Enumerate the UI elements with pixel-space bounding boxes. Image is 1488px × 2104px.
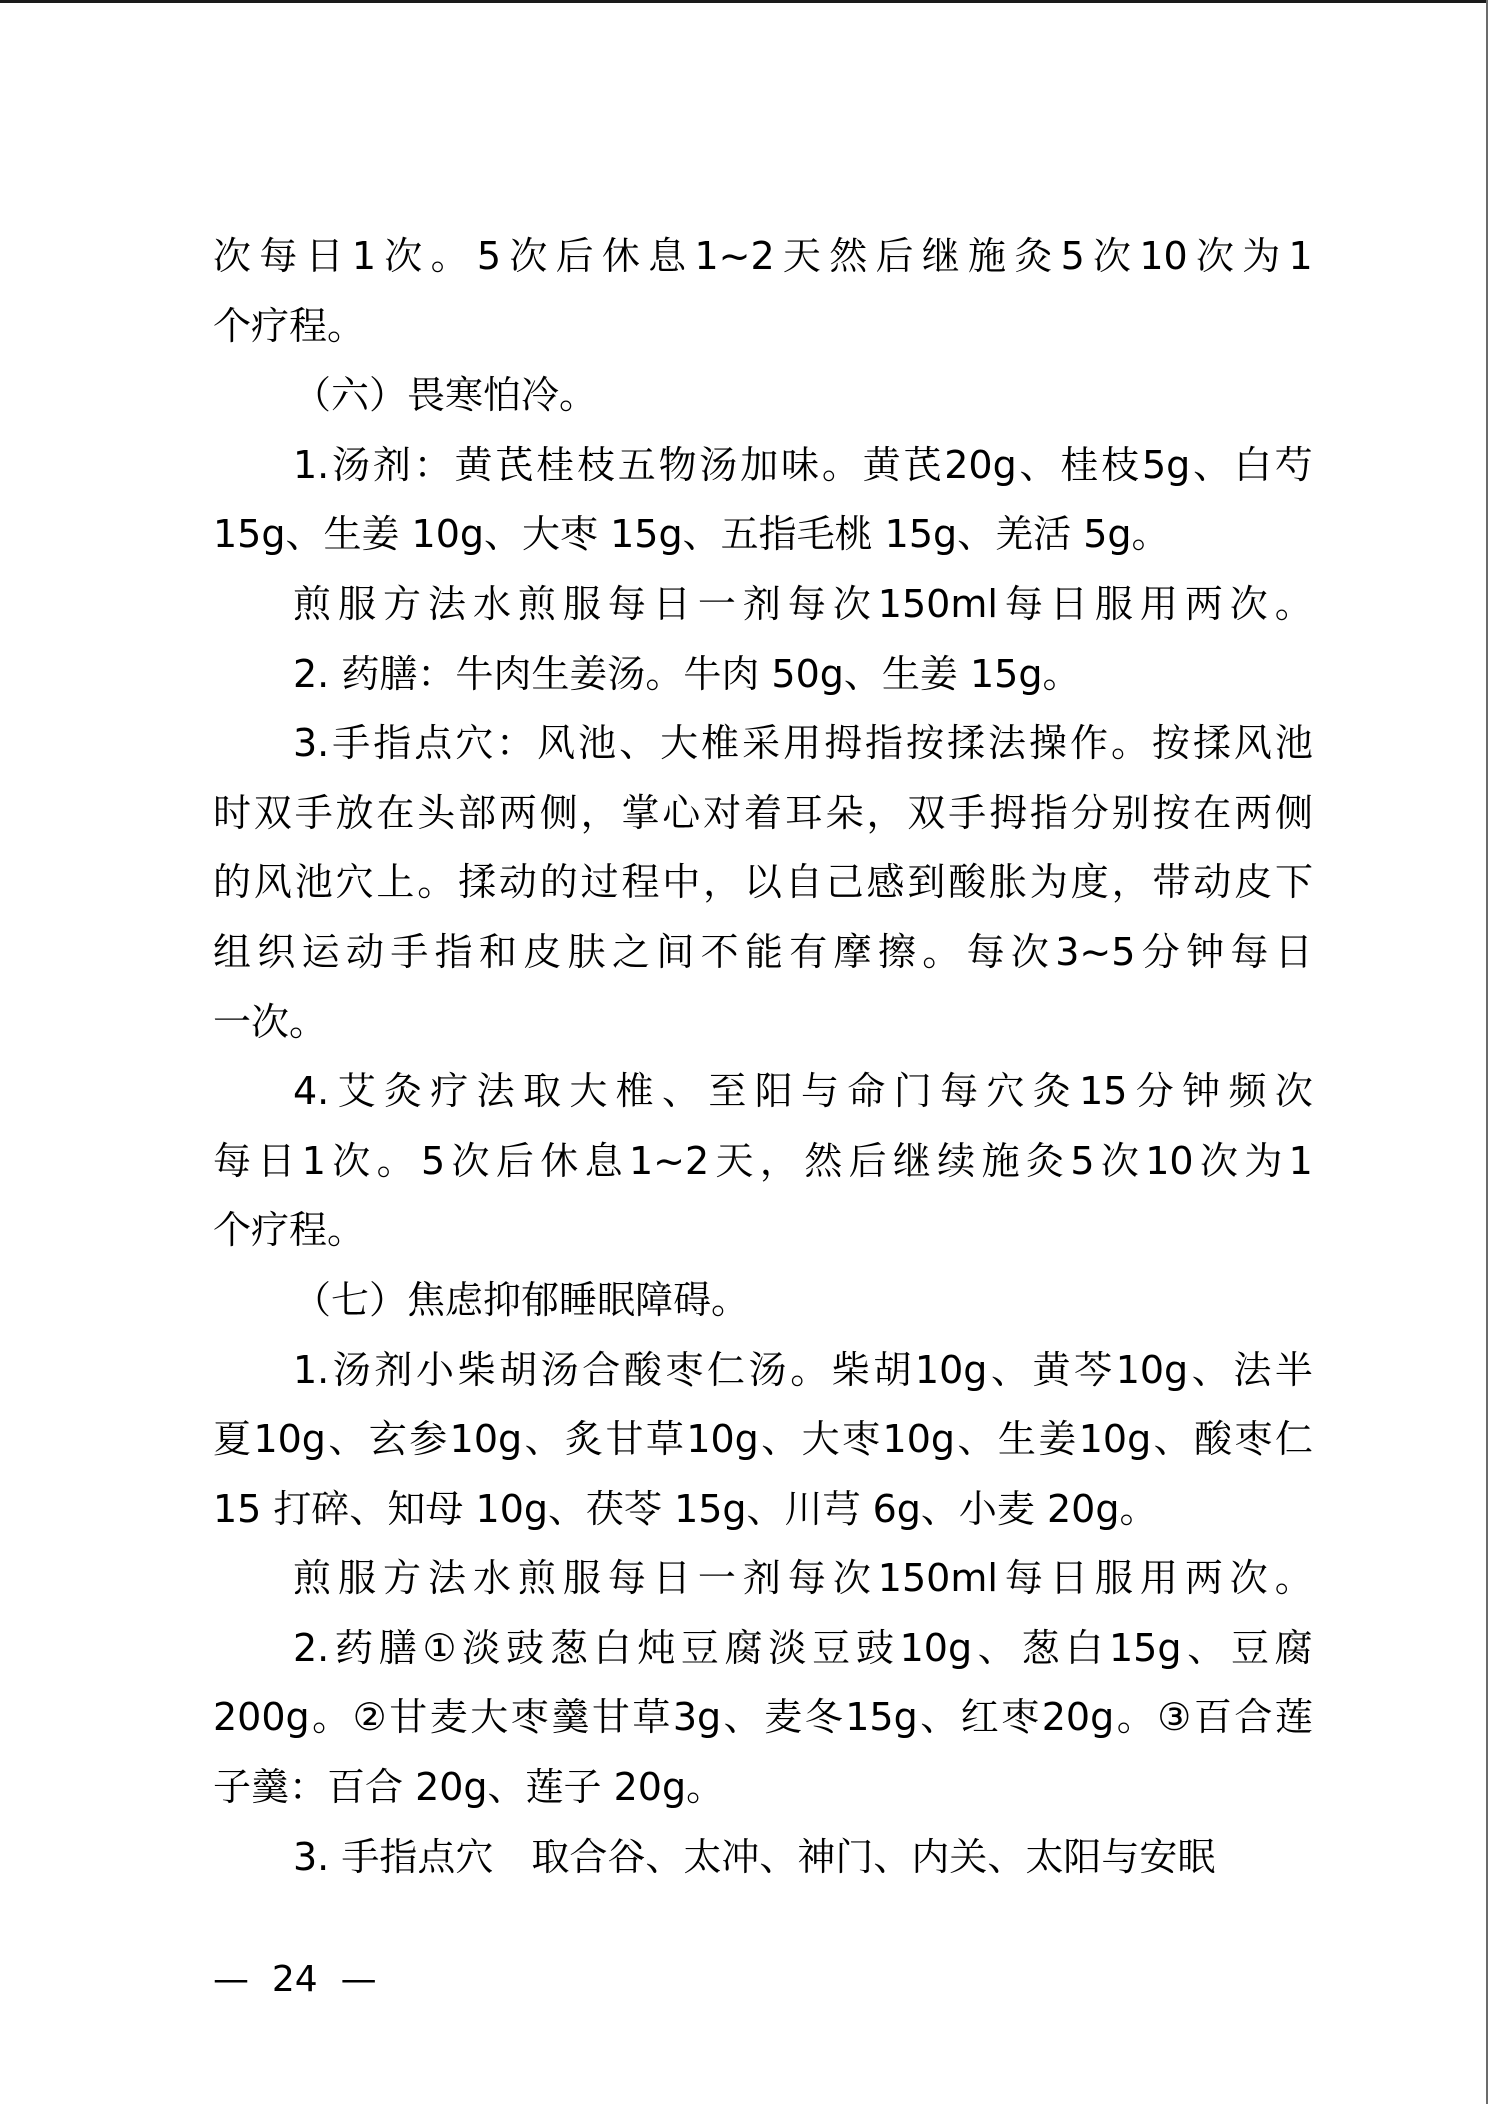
text-segment: 枣: [842, 1405, 880, 1475]
text-segment: 胡: [499, 1336, 537, 1406]
text-segment: 1: [1289, 222, 1313, 292]
text-segment: ，: [760, 1127, 798, 1197]
text-segment: 10: [1145, 1127, 1193, 1197]
text-segment: 合: [582, 1336, 620, 1406]
text-segment: 、: [920, 1683, 958, 1753]
text-segment: 次: [332, 1127, 370, 1197]
text-segment: 别: [1112, 779, 1150, 849]
text-segment: 10g: [915, 1336, 987, 1406]
text-segment: 柴: [832, 1336, 870, 1406]
text-segment: 日: [1050, 1544, 1088, 1614]
text-segment: 柴: [458, 1336, 496, 1406]
text-segment: 仁: [1275, 1405, 1313, 1475]
text-segment: 拇: [824, 709, 862, 779]
text-segment: 一: [698, 1544, 736, 1614]
text-segment: 每: [608, 1544, 646, 1614]
text-segment: 过: [581, 848, 619, 918]
text-segment: 风: [1234, 709, 1272, 779]
text-segment: 5: [1061, 222, 1085, 292]
text-segment: 煎: [293, 570, 331, 640]
text-segment: 动: [1193, 848, 1231, 918]
text-line: 时双手放在头部两侧，掌心对着耳朵，双手拇指分别按在两侧: [213, 779, 1313, 849]
text-segment: 麦: [764, 1683, 802, 1753]
text-segment: 时: [213, 779, 251, 849]
text-segment: 次: [213, 222, 251, 292]
text-line: 次每日1次。5次后休息1~2天然后继施灸5次10次为1: [213, 222, 1313, 292]
text-segment: 、: [978, 1614, 1016, 1684]
text-segment: 次: [452, 1127, 490, 1197]
text-segment: 1.: [293, 1336, 329, 1406]
text-segment: 、: [328, 1405, 366, 1475]
text-segment: ，: [1112, 848, 1150, 918]
text-segment: 带: [1152, 848, 1190, 918]
text-line: 15 打碎、知母 10g、茯苓 15g、川芎 6g、小麦 20g。: [213, 1475, 1313, 1545]
text-segment: 每: [940, 1057, 978, 1127]
text-segment: 。: [377, 1127, 415, 1197]
text-segment: 20g: [944, 431, 1016, 501]
text-segment: 法: [477, 1057, 515, 1127]
text-segment: 每: [967, 918, 1005, 988]
page-number: — 24 —: [213, 1955, 377, 2005]
text-segment: 次: [1101, 1127, 1139, 1197]
text-segment: ③: [1157, 1683, 1191, 1753]
text-segment: 、: [1020, 431, 1058, 501]
text-segment: 姜: [1038, 1405, 1076, 1475]
text-segment: 15g: [1109, 1614, 1181, 1684]
text-line: 1.汤剂小柴胡汤合酸枣仁汤。柴胡10g、黄芩10g、法半: [213, 1336, 1313, 1406]
text-segment: 汤: [332, 431, 370, 501]
text-segment: 两: [1185, 1544, 1223, 1614]
text-segment: 200g: [213, 1683, 310, 1753]
text-segment: 日: [653, 1544, 691, 1614]
text-segment: 汤: [749, 1336, 787, 1406]
text-segment: 。: [790, 1336, 828, 1406]
text-segment: 日: [257, 1127, 295, 1197]
text-segment: 10g: [450, 1405, 522, 1475]
text-segment: 腐: [1275, 1614, 1313, 1684]
text-segment: ，: [581, 779, 619, 849]
text-line: 夏10g、玄参10g、炙甘草10g、大枣10g、生姜10g、酸枣仁: [213, 1405, 1313, 1475]
text-segment: 着: [744, 779, 782, 849]
text-segment: 以: [744, 848, 782, 918]
text-segment: 揉: [1193, 709, 1231, 779]
text-segment: 服: [1095, 570, 1133, 640]
text-segment: 夏: [213, 1405, 251, 1475]
text-segment: 到: [907, 848, 945, 918]
text-segment: 和: [479, 918, 517, 988]
text-segment: 麦: [430, 1683, 468, 1753]
text-segment: 钟: [1182, 1057, 1220, 1127]
text-segment: 大: [802, 1405, 840, 1475]
text-segment: 10g: [1079, 1405, 1151, 1475]
text-segment: 150ml: [878, 1544, 998, 1614]
text-segment: 汤: [541, 1336, 579, 1406]
text-segment: 日: [1275, 918, 1313, 988]
text-line: 4.艾灸疗法取大椎、至阳与命门每穴灸15分钟频次: [213, 1057, 1313, 1127]
text-segment: 桂: [1060, 431, 1098, 501]
text-segment: 3~5: [1055, 918, 1135, 988]
text-segment: 对: [703, 779, 741, 849]
text-segment: 枣: [1001, 1683, 1039, 1753]
text-segment: 、: [1193, 431, 1231, 501]
text-segment: 次: [1230, 570, 1268, 640]
text-segment: 法: [988, 709, 1026, 779]
text-line: 组织运动手指和皮肤之间不能有摩擦。每次3~5分钟每日: [213, 918, 1313, 988]
text-segment: 自: [785, 848, 823, 918]
text-segment: 两: [1185, 570, 1223, 640]
text-segment: 组: [213, 918, 251, 988]
text-segment: 膳: [379, 1614, 417, 1684]
text-line: 3. 手指点穴 取合谷、太冲、神门、内关、太阳与安眠: [213, 1823, 1313, 1893]
text-segment: 1: [1289, 1127, 1313, 1197]
text-segment: 10g: [686, 1405, 758, 1475]
text-segment: 后: [875, 222, 913, 292]
text-segment: 灸: [384, 1057, 422, 1127]
document-body: 次每日1次。5次后休息1~2天然后继施灸5次10次为1个疗程。（六）畏寒怕冷。1…: [213, 222, 1313, 1892]
text-segment: 休: [540, 1127, 578, 1197]
text-segment: 个疗程。: [213, 304, 365, 348]
text-segment: 采: [742, 709, 780, 779]
text-segment: 放: [336, 779, 374, 849]
text-segment: 。: [1275, 570, 1313, 640]
text-segment: 作: [1070, 709, 1108, 779]
text-line: 1.汤剂：黄芪桂枝五物汤加味。黄芪20g、桂枝5g、白芍: [213, 431, 1313, 501]
text-segment: 用: [783, 709, 821, 779]
text-segment: 3.: [293, 709, 329, 779]
text-segment: 风: [537, 709, 575, 779]
text-segment: 一: [698, 570, 736, 640]
text-segment: 每: [1005, 1544, 1043, 1614]
text-segment: 服: [1095, 1544, 1133, 1614]
text-segment: 服: [338, 1544, 376, 1614]
text-segment: 炖: [637, 1614, 675, 1684]
text-segment: 次: [1011, 918, 1049, 988]
text-segment: 大: [470, 1683, 508, 1753]
text-segment: 穴: [455, 709, 493, 779]
text-line: 煎服方法水煎服每日一剂每次150ml每日服用两次。: [213, 1544, 1313, 1614]
text-segment: 门: [894, 1057, 932, 1127]
text-segment: 参: [409, 1405, 447, 1475]
text-segment: 钟: [1186, 918, 1224, 988]
text-segment: 心: [662, 779, 700, 849]
text-segment: 豆: [681, 1614, 719, 1684]
text-segment: 按: [1152, 779, 1190, 849]
text-line: 2. 药膳：牛肉生姜汤。牛肉 50g、生姜 15g。: [213, 640, 1313, 710]
text-segment: 、: [1192, 1336, 1230, 1406]
text-segment: 分: [1142, 918, 1180, 988]
text-segment: 枝: [1101, 431, 1139, 501]
text-segment: 日: [653, 570, 691, 640]
text-segment: 穴: [986, 1057, 1024, 1127]
text-segment: 1.: [293, 431, 329, 501]
text-segment: ，: [867, 779, 905, 849]
text-segment: 个疗程。: [213, 1208, 365, 1252]
text-segment: 15g、生姜 10g、大枣 15g、五指毛桃 15g、羌活 5g。: [213, 512, 1170, 556]
text-segment: 服: [338, 570, 376, 640]
text-segment: 每: [608, 570, 646, 640]
text-segment: 豉: [856, 1614, 894, 1684]
text-segment: 次: [833, 570, 871, 640]
text-segment: 在: [376, 779, 414, 849]
text-segment: 1~2: [629, 1127, 709, 1197]
text-segment: 肤: [568, 918, 606, 988]
text-segment: 能: [745, 918, 783, 988]
text-segment: 感: [867, 848, 905, 918]
text-segment: 手: [332, 709, 370, 779]
text-segment: 摩: [834, 918, 872, 988]
text-segment: 枣: [511, 1683, 549, 1753]
text-segment: 下: [1275, 848, 1313, 918]
text-segment: 次: [509, 222, 547, 292]
text-segment: 葱: [550, 1614, 588, 1684]
text-line: 子羹：百合 20g、莲子 20g。: [213, 1753, 1313, 1823]
text-segment: 阳: [755, 1057, 793, 1127]
text-segment: 3. 手指点穴 取合谷、太冲、神门、内关、太阳与安眠: [293, 1835, 1215, 1879]
text-segment: 施: [968, 222, 1006, 292]
text-segment: 次: [384, 222, 422, 292]
text-segment: 每: [259, 222, 297, 292]
text-segment: 芍: [1275, 431, 1313, 501]
text-segment: 天: [715, 1127, 753, 1197]
text-segment: 每: [788, 570, 826, 640]
text-segment: 后: [556, 222, 594, 292]
text-segment: 疗: [430, 1057, 468, 1127]
text-segment: 风: [254, 848, 292, 918]
text-segment: 擦: [878, 918, 916, 988]
text-segment: 1: [352, 222, 376, 292]
text-segment: 。: [431, 222, 469, 292]
text-segment: 药: [335, 1614, 373, 1684]
text-segment: 织: [257, 918, 295, 988]
text-segment: 酸: [624, 1336, 662, 1406]
text-segment: 次: [1275, 1057, 1313, 1127]
text-segment: 在: [1193, 779, 1231, 849]
text-line: 个疗程。: [213, 292, 1313, 362]
text-segment: 手: [390, 918, 428, 988]
text-segment: 黄: [1033, 1336, 1071, 1406]
text-segment: 150ml: [878, 570, 998, 640]
text-segment: 、: [619, 709, 657, 779]
text-segment: 淡: [462, 1614, 500, 1684]
text-segment: 为: [1030, 848, 1068, 918]
text-segment: 双: [254, 779, 292, 849]
text-segment: 命: [847, 1057, 885, 1127]
text-segment: 皮: [1234, 848, 1272, 918]
text-line: 每日1次。5次后休息1~2天，然后继续施灸5次10次为1: [213, 1127, 1313, 1197]
text-segment: 芪: [903, 431, 941, 501]
text-segment: 枣: [1235, 1405, 1273, 1475]
text-segment: 胀: [989, 848, 1027, 918]
text-segment: 灸: [1014, 222, 1052, 292]
text-segment: 甘: [389, 1683, 427, 1753]
text-segment: 皮: [523, 918, 561, 988]
text-segment: 10g: [1116, 1336, 1188, 1406]
text-segment: 枣: [665, 1336, 703, 1406]
text-segment: 1: [302, 1127, 326, 1197]
text-segment: 灸: [1033, 1057, 1071, 1127]
text-segment: 揉: [458, 848, 496, 918]
text-segment: 炙: [565, 1405, 603, 1475]
text-segment: 每: [213, 1127, 251, 1197]
text-segment: 池: [1275, 709, 1313, 779]
text-segment: 度: [1071, 848, 1109, 918]
text-segment: 子羹：百合 20g、莲子 20g。: [213, 1765, 724, 1809]
text-segment: 上: [376, 848, 414, 918]
text-segment: 每: [788, 1544, 826, 1614]
text-segment: 续: [937, 1127, 975, 1197]
text-segment: 芪: [495, 431, 533, 501]
text-segment: 用: [1140, 570, 1178, 640]
text-segment: 15: [1079, 1057, 1127, 1127]
text-segment: 大: [569, 1057, 607, 1127]
text-segment: 白: [1234, 431, 1272, 501]
text-segment: 煎: [518, 570, 556, 640]
text-segment: 汤: [699, 431, 737, 501]
text-segment: 椎: [616, 1057, 654, 1127]
text-segment: ，: [703, 848, 741, 918]
text-line: （六）畏寒怕冷。: [213, 361, 1313, 431]
text-segment: 然: [804, 1127, 842, 1197]
text-segment: 至: [708, 1057, 746, 1127]
text-segment: 、: [957, 1405, 995, 1475]
text-segment: 按: [1152, 709, 1190, 779]
text-segment: 胡: [873, 1336, 911, 1406]
text-segment: 煎: [293, 1544, 331, 1614]
text-segment: 取: [523, 1057, 561, 1127]
text-segment: 剂: [743, 1544, 781, 1614]
text-segment: 、: [991, 1336, 1029, 1406]
text-segment: 枝: [577, 431, 615, 501]
text-segment: 耳: [785, 779, 823, 849]
text-segment: 、: [761, 1405, 799, 1475]
text-segment: 合: [1234, 1683, 1272, 1753]
text-segment: 。: [922, 918, 960, 988]
text-segment: 芩: [1074, 1336, 1112, 1406]
text-segment: 20g: [1042, 1683, 1114, 1753]
text-segment: 指: [1030, 779, 1068, 849]
text-segment: 日: [1050, 570, 1088, 640]
text-segment: 频: [1228, 1057, 1266, 1127]
text-segment: 的: [540, 848, 578, 918]
text-segment: 葱: [1022, 1614, 1060, 1684]
text-segment: 、: [525, 1405, 563, 1475]
text-segment: 10g: [883, 1405, 955, 1475]
text-segment: 小: [416, 1336, 454, 1406]
text-segment: ①: [422, 1614, 456, 1684]
text-segment: 味: [781, 431, 819, 501]
text-segment: 掌: [621, 779, 659, 849]
text-segment: 桂: [536, 431, 574, 501]
text-line: 3.手指点穴：风池、大椎采用拇指按揉法操作。按揉风池: [213, 709, 1313, 779]
text-segment: 豆: [1231, 1614, 1269, 1684]
text-segment: 与: [801, 1057, 839, 1127]
page-border-top: [0, 0, 1488, 3]
text-segment: 法: [428, 1544, 466, 1614]
text-segment: 。: [417, 848, 455, 918]
text-segment: 程: [621, 848, 659, 918]
text-segment: 羹: [551, 1683, 589, 1753]
text-segment: 指: [865, 709, 903, 779]
text-segment: 1~2: [694, 222, 774, 292]
text-segment: 。: [822, 431, 860, 501]
text-segment: 不: [701, 918, 739, 988]
text-segment: 动: [346, 918, 384, 988]
text-segment: 次: [1093, 222, 1131, 292]
text-segment: 5: [421, 1127, 445, 1197]
text-segment: 有: [789, 918, 827, 988]
text-segment: 5g: [1142, 431, 1190, 501]
text-segment: 头: [417, 779, 455, 849]
text-segment: 后: [849, 1127, 887, 1197]
text-segment: ：: [414, 431, 452, 501]
text-segment: 4.: [293, 1057, 329, 1127]
text-segment: 剂: [373, 431, 411, 501]
text-segment: 服: [563, 570, 601, 640]
text-line: 个疗程。: [213, 1196, 1313, 1266]
text-line: 一次。: [213, 988, 1313, 1058]
text-segment: 侧: [540, 779, 578, 849]
text-segment: 朵: [826, 779, 864, 849]
text-segment: 指: [373, 709, 411, 779]
text-segment: 穴: [336, 848, 374, 918]
text-segment: 、: [724, 1683, 762, 1753]
text-segment: 间: [656, 918, 694, 988]
text-segment: 红: [961, 1683, 999, 1753]
text-segment: 点: [414, 709, 452, 779]
text-segment: 、: [662, 1057, 700, 1127]
text-line: 的风池穴上。揉动的过程中，以自己感到酸胀为度，带动皮下: [213, 848, 1313, 918]
text-segment: 动: [499, 848, 537, 918]
text-segment: 的: [213, 848, 251, 918]
text-segment: 2. 药膳：牛肉生姜汤。牛肉 50g、生姜 15g。: [293, 652, 1080, 696]
text-segment: 己: [826, 848, 864, 918]
text-segment: 法: [1233, 1336, 1271, 1406]
text-segment: 中: [662, 848, 700, 918]
text-segment: 部: [458, 779, 496, 849]
text-segment: 息: [585, 1127, 623, 1197]
text-segment: 3g: [673, 1683, 721, 1753]
text-segment: 五: [618, 431, 656, 501]
text-segment: 池: [295, 848, 333, 918]
text-segment: 、: [1154, 1405, 1192, 1475]
text-segment: 煎: [518, 1544, 556, 1614]
text-segment: 两: [499, 779, 537, 849]
text-segment: 施: [982, 1127, 1020, 1197]
text-segment: 运: [302, 918, 340, 988]
text-segment: 10g: [253, 1405, 325, 1475]
text-segment: 半: [1275, 1336, 1313, 1406]
text-segment: 加: [740, 431, 778, 501]
text-line: 15g、生姜 10g、大枣 15g、五指毛桃 15g、羌活 5g。: [213, 500, 1313, 570]
text-segment: 一次。: [213, 1000, 327, 1044]
text-segment: 甘: [605, 1405, 643, 1475]
text-segment: 后: [496, 1127, 534, 1197]
text-segment: 服: [563, 1544, 601, 1614]
text-segment: 。: [1275, 1544, 1313, 1614]
text-segment: 手: [948, 779, 986, 849]
text-segment: 10: [1139, 222, 1187, 292]
text-segment: 15g: [845, 1683, 917, 1753]
text-segment: 继: [893, 1127, 931, 1197]
text-segment: 艾: [338, 1057, 376, 1127]
text-segment: 分: [1136, 1057, 1174, 1127]
text-segment: 酸: [948, 848, 986, 918]
text-segment: 仁: [707, 1336, 745, 1406]
text-segment: 。: [1117, 1683, 1155, 1753]
text-segment: 次: [1230, 1544, 1268, 1614]
text-segment: 然: [829, 222, 867, 292]
text-segment: 息: [648, 222, 686, 292]
